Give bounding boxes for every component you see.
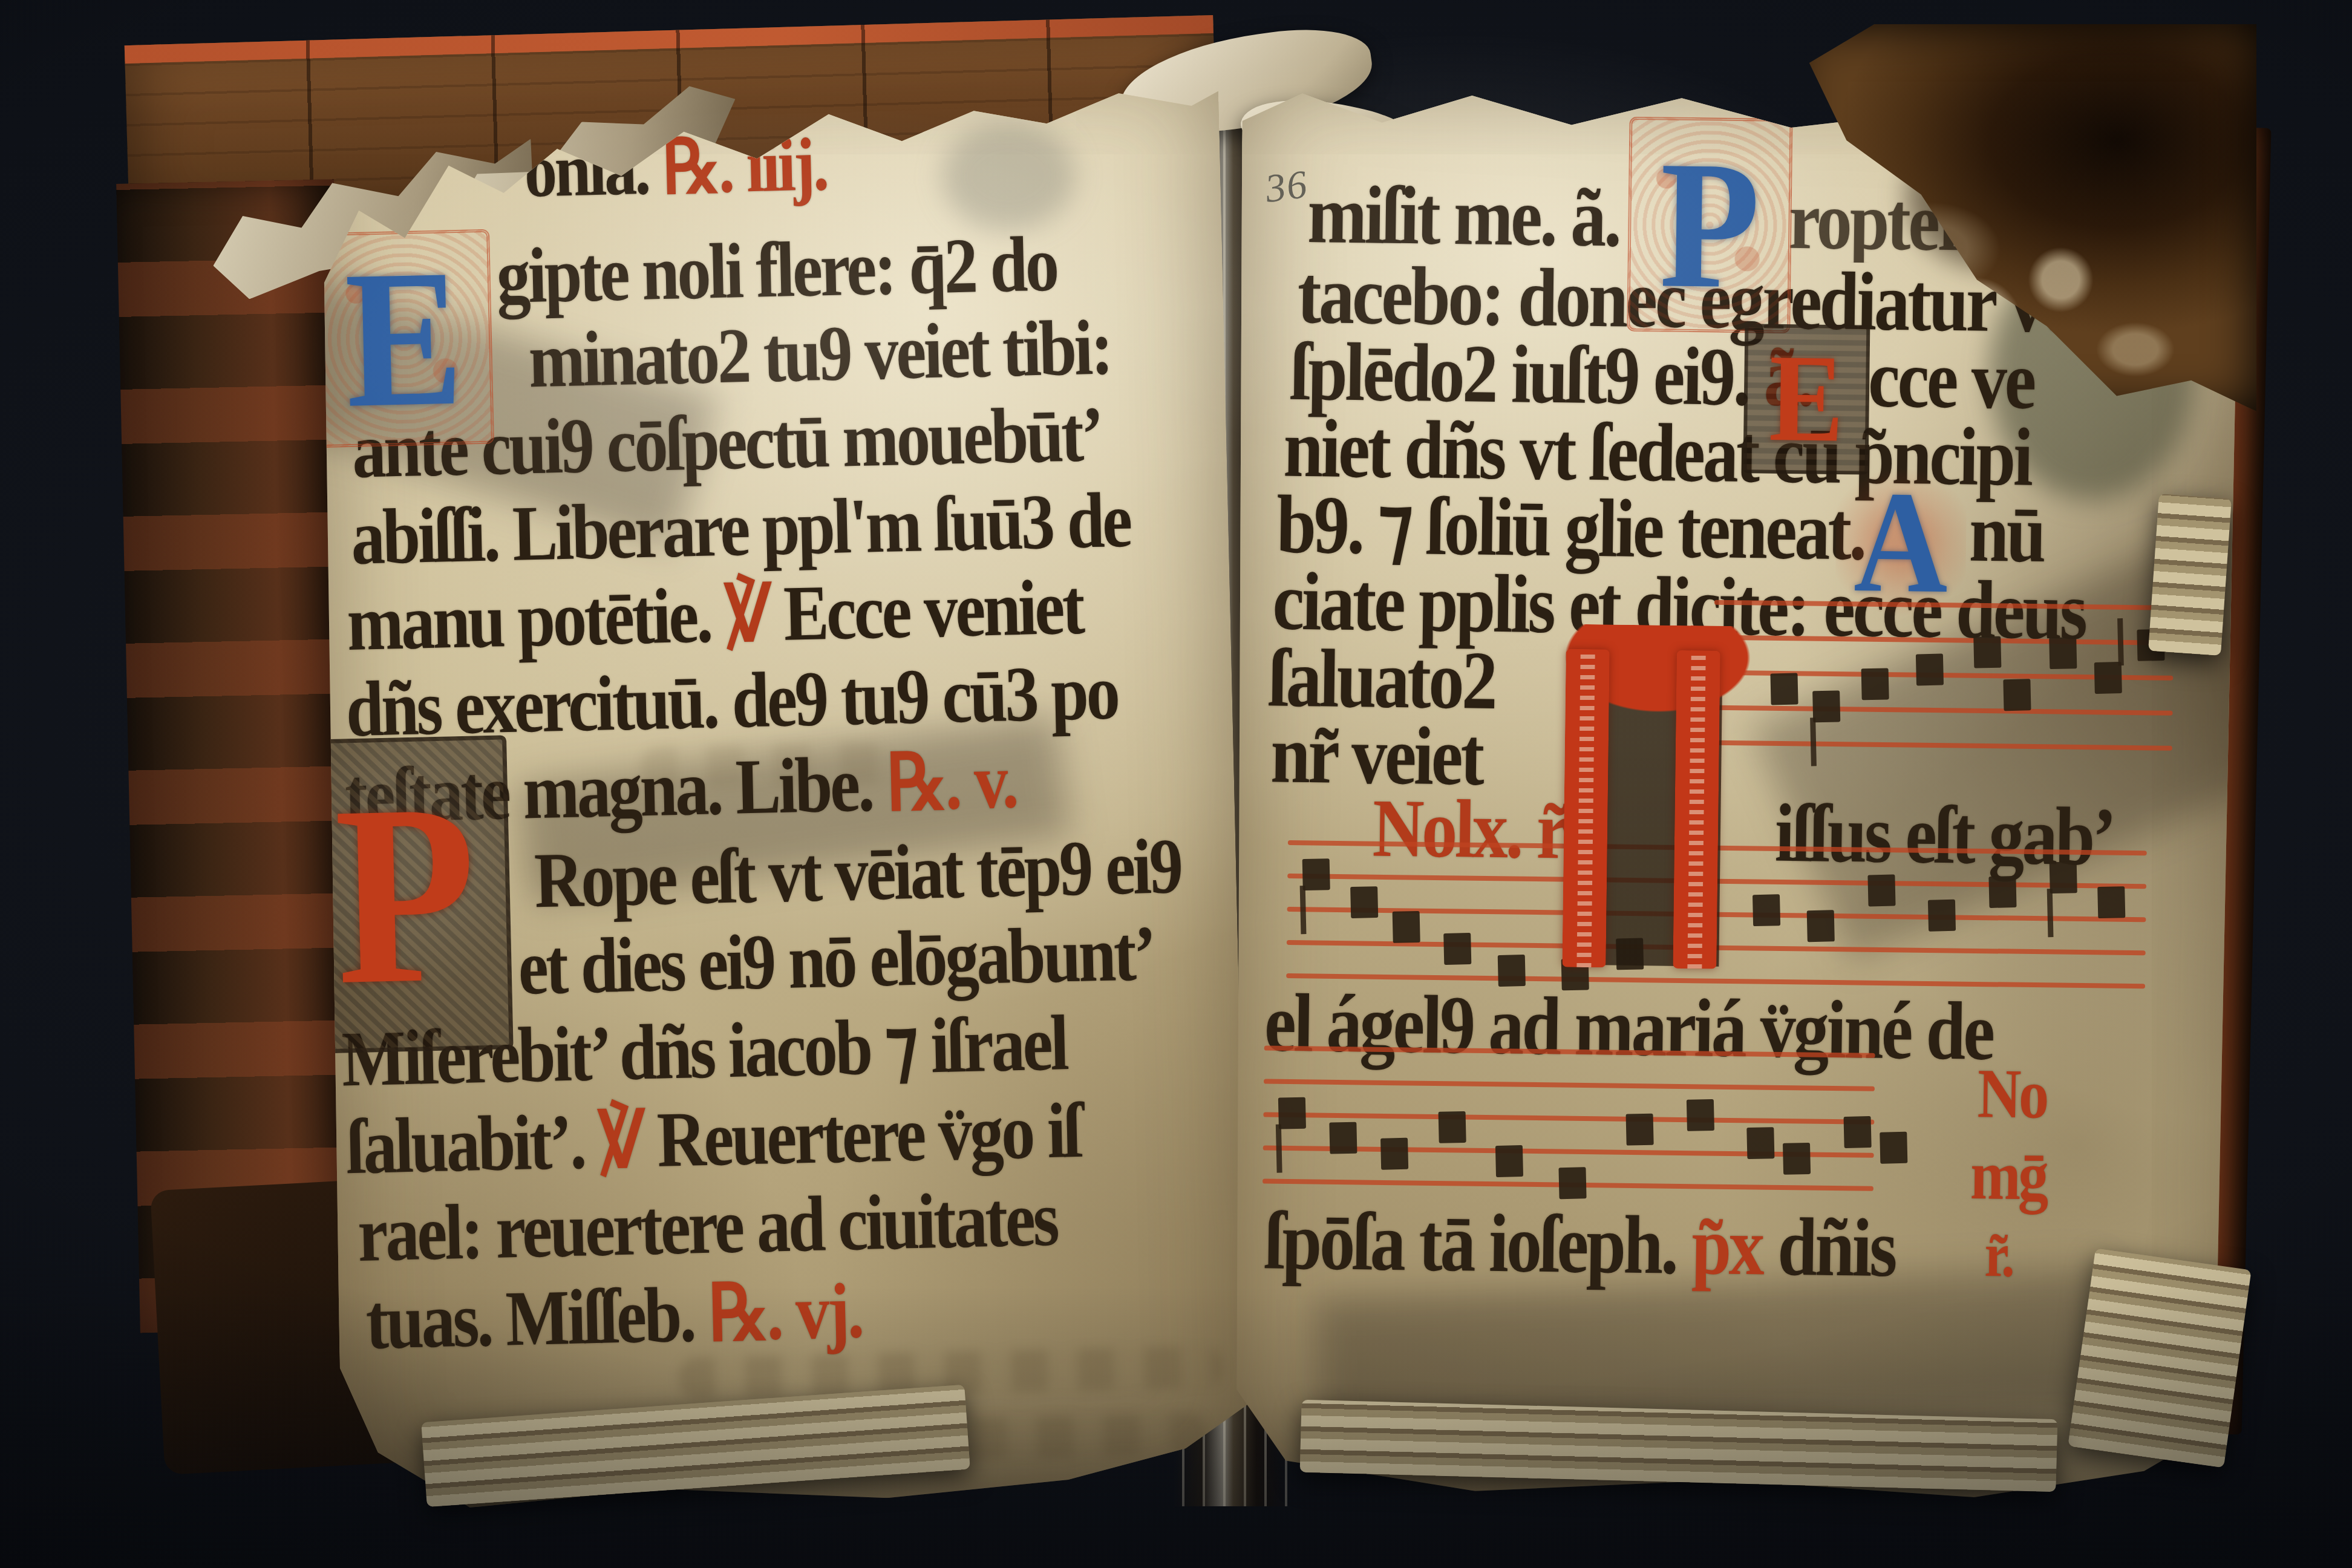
text-segment: tuas. Miſſeb. [365,1271,709,1366]
neume [2050,861,2077,893]
page-edge-stack [2148,494,2232,656]
page-edge-stack [2068,1249,2251,1468]
cover-left-edge [116,179,358,1333]
staff-line [1714,635,2174,645]
neume [1867,875,1895,907]
staff-line [1713,705,2173,716]
neume [2097,886,2125,918]
neume [1783,1143,1811,1175]
neume [1302,858,1330,890]
text-line: nū [1968,492,2044,575]
neume [1439,1111,1466,1143]
initial-e-ecce: E [1743,324,1870,475]
text-line: et dies ei9 nō elōgabunt’ [517,914,1155,1007]
text-segment: et dies ei9 nō elōgabunt’ [517,910,1155,1011]
text-segment: Rope eſt vt vēiat tēp9 ei9 [534,823,1182,924]
text-segment: dñis [1777,1201,1896,1294]
neume [1329,1122,1357,1154]
text-segment: ℞. v. [886,737,1017,828]
neume-tail [1276,1125,1282,1173]
neume [1380,1138,1408,1170]
text-segment: p̃x [1691,1200,1779,1293]
text-segment: No [1977,1054,2047,1133]
text-segment: Reuertere v̈go iſ [656,1087,1081,1184]
text-line: tuas. Miſſeb. ℞. vj. [365,1272,863,1361]
neume [1807,910,1835,942]
text-segment: ℣ [598,1097,658,1185]
text-line: abiſſi. Liberare ppl'm ſuū3 de [350,481,1131,577]
neume [1861,668,1889,700]
neume-tail [2047,889,2054,937]
text-line: No [1977,1059,2047,1129]
text-segment: Ecce veniet [783,564,1083,658]
neume [1495,1145,1523,1177]
text-line: ſaluabit’. ℣ Reuertere v̈go iſ [346,1091,1081,1186]
neume [1988,876,2016,908]
pencil-folio-number: 36 [1263,162,1311,212]
neume [1746,1127,1774,1159]
text-line: Rope eſt vt vēiat tēp9 ei9 [534,827,1181,920]
neume [1393,911,1420,943]
initial-p-propter: P [1627,117,1792,333]
neume [1687,1099,1714,1131]
initial-glyph: P [333,777,479,1011]
text-segment: ſpōſa tā ioſeph. [1264,1194,1692,1292]
text-segment: mḡ [1970,1136,2047,1215]
neume [1626,1114,1654,1146]
text-line: gipte noli flere: q̄2 do [495,224,1057,316]
neume-tail [1300,886,1307,934]
text-line: ſpōſa tā ioſeph. p̃x dñis [1264,1200,1895,1290]
initial-m-missus: M [1549,624,1762,980]
text-segment: rael: reuertere ad ciuitates [357,1175,1058,1278]
initial-glyph: P [1659,142,1760,308]
neume [1770,673,1798,705]
neume [1498,955,1526,987]
text-segment: manu potētie. [346,572,726,667]
music-staff [1263,1046,1875,1210]
neume-tail [2117,618,2124,665]
neume [1928,900,1956,932]
neume [1558,1167,1586,1199]
text-line: minato2 tu9 veiet tibi: [528,308,1111,400]
text-line: rael: reuertere ad ciuitates [357,1180,1057,1274]
music-staff [1713,600,2174,770]
text-segment: ℣ [724,570,785,659]
initial-a-anunciate: A [1835,461,1967,623]
text-line: r̃. [1984,1224,2013,1287]
text-segment: ſaluabit’. [346,1098,600,1191]
neume [1916,653,1944,685]
initial-glyph: A [1854,476,1949,609]
neume [1278,1097,1306,1129]
text-segment: ℞. vj. [707,1267,863,1358]
initial-glyph: E [1769,342,1845,456]
text-line: mḡ [1970,1140,2047,1212]
initial-glyph: E [344,249,465,428]
neume [1844,1116,1872,1148]
neume [2094,662,2122,694]
neume [1350,886,1378,918]
staff-line [1713,740,2172,751]
text-segment: gipte noli flere: q̄2 do [495,220,1057,320]
text-line: manu potētie. ℣ Ecce veniet [346,568,1083,663]
staff-line [1264,1079,1875,1091]
text-line: miſit me. ã. [1307,173,1620,260]
neume [2003,679,2031,711]
text-segment: minato2 tu9 veiet tibi: [528,304,1112,404]
neume [1812,690,1840,722]
manuscript-photo: onia. ℞. iiij.gipte noli flere: q̄2 domi… [0,0,2352,1568]
initial-e-egipte: E [314,229,494,448]
text-line: dñs exercituū. de9 tu9 cū3 po [345,653,1118,749]
neume [2049,637,2077,669]
left-page: onia. ℞. iiij.gipte noli flere: q̄2 domi… [310,62,1250,1510]
neume-tail [1810,717,1817,766]
text-segment: r̃. [1984,1220,2013,1290]
showthrough-capital [941,120,1076,232]
neume [1973,636,2001,668]
neume [1443,933,1471,965]
neume [1880,1132,1907,1164]
